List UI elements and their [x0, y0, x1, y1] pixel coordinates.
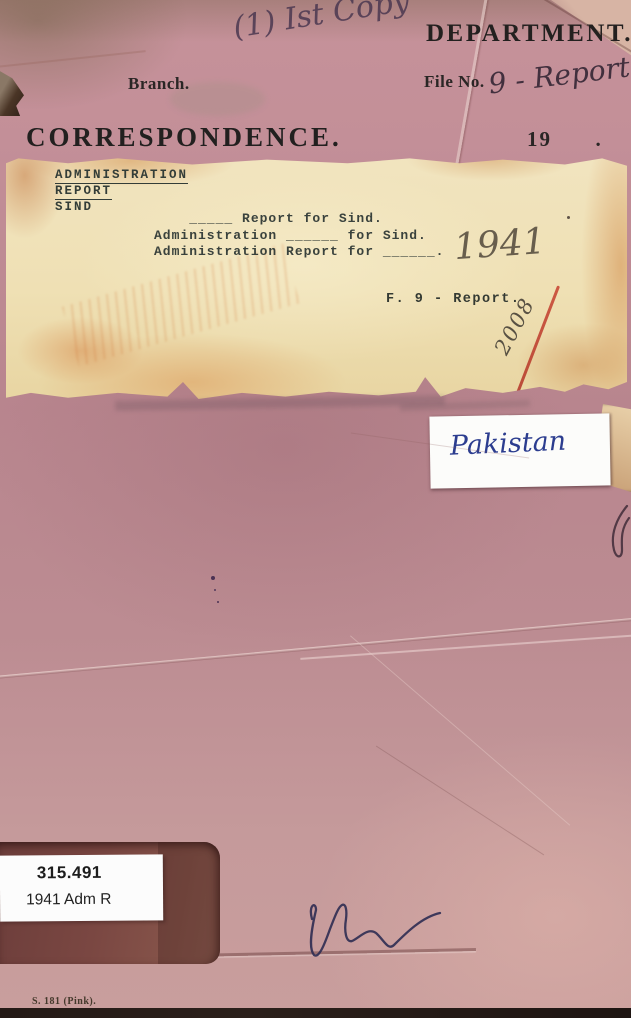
shelf-mark-sticker: 315.491 1941 Adm R: [0, 854, 163, 921]
stamp-line-administration: ADMINISTRATION: [55, 168, 188, 184]
ink-speck: [571, 157, 576, 162]
stamp-line-report: REPORT: [55, 184, 112, 200]
printed-year-blank: 19 .: [527, 127, 603, 152]
file-no-label: File No.: [424, 72, 485, 92]
stamp-line-sind: SIND: [55, 200, 93, 215]
form-number: S. 181 (Pink).: [32, 996, 96, 1007]
crease-line-middle: [0, 616, 631, 679]
ghost-impression: [115, 395, 445, 411]
handwritten-pakistan: Pakistan: [449, 426, 566, 462]
handwritten-file-no: 9 - Report: [487, 45, 631, 101]
handwritten-year: 1941: [453, 221, 547, 268]
department-heading: DEPARTMENT.: [426, 20, 631, 48]
correspondence-heading: CORRESPONDENCE.: [26, 122, 342, 153]
subject-stamp-block: ADMINISTRATION REPORT SIND: [55, 168, 188, 215]
branch-label: Branch.: [128, 74, 190, 94]
ink-scribble: [296, 893, 446, 963]
faded-ink-offset-stain: [62, 244, 300, 367]
fill-line-3: Administration Report for ______.: [154, 244, 444, 261]
pakistan-sticker: Pakistan: [429, 413, 610, 488]
ink-blot: [211, 576, 215, 580]
bottom-dark-edge: [0, 1008, 631, 1018]
fill-line-2: Administration ______ for Sind.: [154, 228, 444, 245]
shelf-mark-line2: 1941 Adm R: [26, 891, 111, 910]
torn-edge-top-left: [0, 70, 24, 116]
typed-file-reference: F. 9 - Report.: [386, 292, 520, 307]
pasted-typed-label: ADMINISTRATION REPORT SIND _____ Report …: [6, 156, 627, 399]
typed-fill-in-lines: _____ Report for Sind. Administration __…: [154, 211, 444, 261]
scratch-mark: [376, 746, 544, 856]
fill-line-1: _____ Report for Sind.: [154, 211, 444, 228]
ink-squiggle-right-edge: [595, 500, 631, 570]
call-number: 315.491: [37, 863, 102, 883]
scratch-mark: [350, 635, 570, 825]
crease-line: [300, 634, 631, 660]
crease-line: [0, 50, 146, 68]
archive-file-cover-scan: DEPARTMENT. (1) Ist Copy Branch. File No…: [0, 0, 631, 1018]
